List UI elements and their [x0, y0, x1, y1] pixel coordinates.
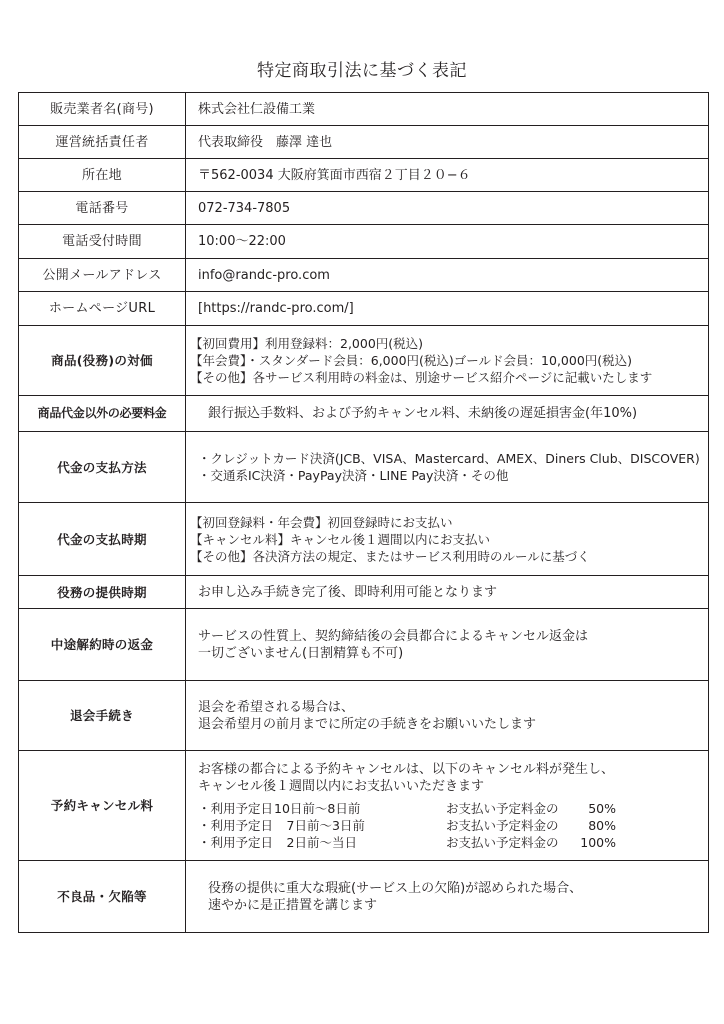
row-label: 電話番号 [19, 192, 186, 225]
row-label: 退会手続き [19, 681, 186, 751]
fee-desc: お支払い予定料金の [446, 800, 576, 817]
service-timing: お申し込み手続き完了後、即時利用可能となります [198, 584, 702, 601]
other-fees: 銀行振込手数料、および予約キャンセル料、未納後の遅延損害金(年10%) [208, 405, 702, 422]
payment-timing-other: 【その他】各決済方法の規定、またはサービス利用時のルールに基づく [190, 548, 702, 565]
row-label: 代金の支払時期 [19, 503, 186, 576]
table-row-email: 公開メールアドレス info@randc-pro.com [19, 259, 709, 292]
cancel-fee-row: ・利用予定日 7日前〜3日前 お支払い予定料金の 80% [198, 817, 702, 834]
row-value: 10:00〜22:00 [186, 225, 709, 259]
fee-rate: 80% [576, 817, 616, 834]
phone-hours: 10:00〜22:00 [198, 233, 702, 250]
row-label: 中途解約時の返金 [19, 609, 186, 681]
row-value: サービスの性質上、契約締結後の会員都合によるキャンセル返金は 一切ございません(… [186, 609, 709, 681]
row-value: 〒562-0034 大阪府箕面市西宿２丁目２０−６ [186, 159, 709, 192]
manager-name: 代表取締役 藤澤 達也 [198, 134, 702, 151]
row-label: 商品代金以外の必要料金 [19, 396, 186, 432]
seller-name: 株式会社仁設備工業 [198, 101, 702, 118]
row-value: 【初回登録料・年会費】初回登録時にお支払い 【キャンセル料】キャンセル後１週間以… [186, 503, 709, 576]
price-other: 【その他】各サービス利用時の料金は、別途サービス紹介ページに記載いたします [190, 369, 702, 386]
defects-line-2: 速やかに是正措置を講じます [208, 897, 702, 914]
fee-period: 10日前〜8日前 [274, 800, 446, 817]
row-value: [https://randc-pro.com/] [186, 292, 709, 326]
row-label: 所在地 [19, 159, 186, 192]
cancel-intro-1: お客様の都合による予約キャンセルは、以下のキャンセル料が発生し、 [198, 761, 702, 778]
row-value: お申し込み手続き完了後、即時利用可能となります [186, 576, 709, 609]
table-row-homepage: ホームページURL [https://randc-pro.com/] [19, 292, 709, 326]
row-label: 代金の支払方法 [19, 432, 186, 503]
cancel-fee-row: ・利用予定日 2日前〜当日 お支払い予定料金の 100% [198, 834, 702, 851]
row-label: 電話受付時間 [19, 225, 186, 259]
table-row-defects: 不良品・欠陥等 役務の提供に重大な瑕疵(サービス上の欠陥)が認められた場合、 速… [19, 861, 709, 933]
fee-prefix: ・利用予定日 [198, 800, 274, 817]
price-initial: 【初回費用】利用登録料：2,000円(税込) [190, 335, 702, 352]
table-row-withdrawal: 退会手続き 退会を希望される場合は、 退会希望月の前月までに所定の手続きをお願い… [19, 681, 709, 751]
legal-notice-table: 販売業者名(商号) 株式会社仁設備工業 運営統括責任者 代表取締役 藤澤 達也 … [18, 92, 709, 933]
email-address: info@randc-pro.com [198, 267, 702, 284]
table-row-payment-timing: 代金の支払時期 【初回登録料・年会費】初回登録時にお支払い 【キャンセル料】キャ… [19, 503, 709, 576]
price-annual: 【年会費】・スタンダード会員：6,000円(税込)ゴールド会員：10,000円(… [190, 352, 702, 369]
homepage-url: [https://randc-pro.com/] [198, 300, 702, 317]
withdrawal-line-2: 退会希望月の前月までに所定の手続きをお願いいたします [198, 716, 702, 733]
row-value: 【初回費用】利用登録料：2,000円(税込) 【年会費】・スタンダード会員：6,… [186, 326, 709, 396]
row-label: 役務の提供時期 [19, 576, 186, 609]
payment-timing-initial: 【初回登録料・年会費】初回登録時にお支払い [190, 514, 702, 531]
page-title: 特定商取引法に基づく表記 [0, 56, 724, 81]
address: 〒562-0034 大阪府箕面市西宿２丁目２０−６ [198, 167, 702, 184]
table-row-cancellation-fee: 予約キャンセル料 お客様の都合による予約キャンセルは、以下のキャンセル料が発生し… [19, 751, 709, 861]
row-value: 役務の提供に重大な瑕疵(サービス上の欠陥)が認められた場合、 速やかに是正措置を… [186, 861, 709, 933]
row-label: 不良品・欠陥等 [19, 861, 186, 933]
fee-period: 7日前〜3日前 [274, 817, 446, 834]
row-value: 代表取締役 藤澤 達也 [186, 126, 709, 159]
row-label: 運営統括責任者 [19, 126, 186, 159]
payment-method-other: ・交通系IC決済・PayPay決済・LINE Pay決済・その他 [198, 467, 702, 484]
fee-desc: お支払い予定料金の [446, 817, 576, 834]
row-value: 072-734-7805 [186, 192, 709, 225]
fee-rate: 100% [576, 834, 616, 851]
fee-prefix: ・利用予定日 [198, 817, 274, 834]
payment-timing-cancel: 【キャンセル料】キャンセル後１週間以内にお支払い [190, 531, 702, 548]
fee-prefix: ・利用予定日 [198, 834, 274, 851]
cancel-fee-row: ・利用予定日 10日前〜8日前 お支払い予定料金の 50% [198, 800, 702, 817]
table-row-service-timing: 役務の提供時期 お申し込み手続き完了後、即時利用可能となります [19, 576, 709, 609]
table-row-phone-hours: 電話受付時間 10:00〜22:00 [19, 225, 709, 259]
row-value: 銀行振込手数料、および予約キャンセル料、未納後の遅延損害金(年10%) [186, 396, 709, 432]
phone-number: 072-734-7805 [198, 200, 702, 217]
table-row-address: 所在地 〒562-0034 大阪府箕面市西宿２丁目２０−６ [19, 159, 709, 192]
table-row-manager: 運営統括責任者 代表取締役 藤澤 達也 [19, 126, 709, 159]
row-label: 公開メールアドレス [19, 259, 186, 292]
row-label: 商品(役務)の対価 [19, 326, 186, 396]
defects-line-1: 役務の提供に重大な瑕疵(サービス上の欠陥)が認められた場合、 [208, 880, 702, 897]
table-row-phone: 電話番号 072-734-7805 [19, 192, 709, 225]
refund-line-1: サービスの性質上、契約締結後の会員都合によるキャンセル返金は [198, 628, 702, 645]
payment-method-card: ・クレジットカード決済(JCB、VISA、Mastercard、AMEX、Din… [198, 450, 702, 467]
row-value: info@randc-pro.com [186, 259, 709, 292]
table-row-payment-method: 代金の支払方法 ・クレジットカード決済(JCB、VISA、Mastercard、… [19, 432, 709, 503]
table-row-seller-name: 販売業者名(商号) 株式会社仁設備工業 [19, 93, 709, 126]
row-label: 販売業者名(商号) [19, 93, 186, 126]
table-row-price: 商品(役務)の対価 【初回費用】利用登録料：2,000円(税込) 【年会費】・ス… [19, 326, 709, 396]
row-value: 株式会社仁設備工業 [186, 93, 709, 126]
refund-line-2: 一切ございません(日割精算も不可) [198, 645, 702, 662]
fee-rate: 50% [576, 800, 616, 817]
row-value: ・クレジットカード決済(JCB、VISA、Mastercard、AMEX、Din… [186, 432, 709, 503]
row-label: 予約キャンセル料 [19, 751, 186, 861]
fee-period: 2日前〜当日 [274, 834, 446, 851]
row-label: ホームページURL [19, 292, 186, 326]
table-row-other-fees: 商品代金以外の必要料金 銀行振込手数料、および予約キャンセル料、未納後の遅延損害… [19, 396, 709, 432]
fee-desc: お支払い予定料金の [446, 834, 576, 851]
table-row-refund: 中途解約時の返金 サービスの性質上、契約締結後の会員都合によるキャンセル返金は … [19, 609, 709, 681]
withdrawal-line-1: 退会を希望される場合は、 [198, 699, 702, 716]
cancel-intro-2: キャンセル後１週間以内にお支払いいただきます [198, 778, 702, 795]
row-value: お客様の都合による予約キャンセルは、以下のキャンセル料が発生し、 キャンセル後１… [186, 751, 709, 861]
row-value: 退会を希望される場合は、 退会希望月の前月までに所定の手続きをお願いいたします [186, 681, 709, 751]
